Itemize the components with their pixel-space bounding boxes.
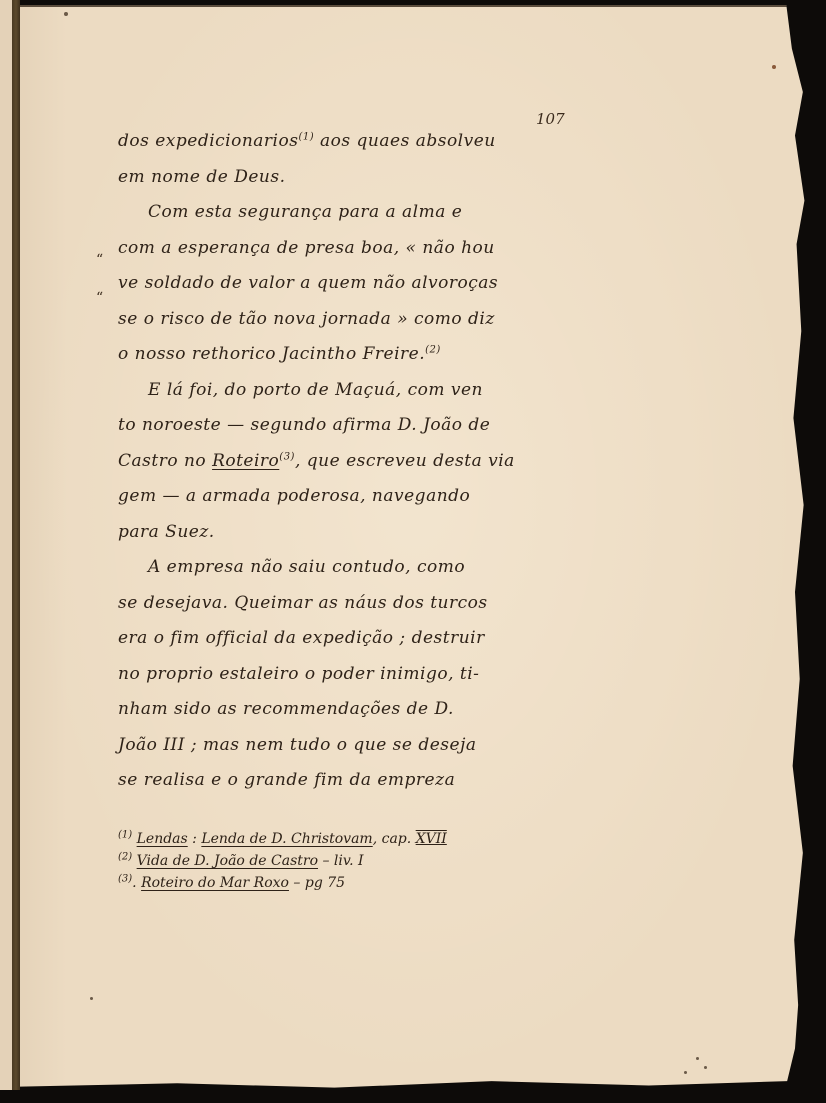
line-text: em nome de Deus. (118, 167, 285, 187)
text-line: em nome de Deus. (118, 160, 568, 196)
line-text: gem — a armada poderosa, navegando (118, 486, 470, 506)
quote-mark: “ (96, 252, 103, 268)
footnote-title: Lenda de D. Christovam (201, 831, 372, 847)
footnote-title: Roteiro do Mar Roxo (141, 875, 289, 891)
footnote-text: , cap. (373, 831, 416, 847)
text-line: E lá foi, do porto de Maçuá, com ven (118, 373, 568, 409)
line-text: dos expedicionarios (118, 131, 298, 151)
footnote-marker: (2) (118, 851, 132, 862)
footnote-text: – liv. I (318, 853, 364, 869)
line-text: nham sido as recommendações de D. (118, 699, 454, 719)
line-text: , que escreveu desta via (295, 451, 515, 471)
manuscript-body: dos expedicionarios(1) aos quaes absolve… (118, 124, 568, 799)
line-text: aos quaes absolveu (314, 131, 496, 151)
footnotes: (1) Lendas : Lenda de D. Christovam, cap… (118, 828, 568, 894)
previous-page-edge (0, 0, 12, 1090)
footnote-chapter: XVII (416, 831, 447, 847)
footnote-ref: (1) (298, 131, 314, 142)
text-line: Castro no Roteiro(3), que escreveu desta… (118, 444, 568, 480)
text-line: para Suez. (118, 515, 568, 551)
footnote-3: (3). Roteiro do Mar Roxo – pg 75 (118, 872, 568, 894)
line-text: ve soldado de valor a quem não alvoroças (118, 273, 498, 293)
paper-speck (90, 997, 93, 1000)
text-line: se o risco de tão nova jornada » como di… (118, 302, 568, 338)
quote-mark: “ (96, 290, 103, 306)
footnote-source: Lendas (137, 831, 188, 847)
text-line: ve soldado de valor a quem não alvoroças (118, 266, 568, 302)
text-line: gem — a armada poderosa, navegando (118, 479, 568, 515)
text-line: era o fim official da expedição ; destru… (118, 621, 568, 657)
scanned-page: 107 “ “ dos expedicionarios(1) aos quaes… (0, 0, 826, 1103)
footnote-text: . (132, 875, 141, 891)
line-text: E lá foi, do porto de Maçuá, com ven (148, 380, 483, 400)
paper-speck (772, 65, 776, 69)
line-text: com a esperança de presa boa, « não hou (118, 238, 495, 258)
text-line: se desejava. Queimar as náus dos turcos (118, 586, 568, 622)
line-text: no proprio estaleiro o poder inimigo, ti… (118, 664, 479, 684)
text-line: nham sido as recommendações de D. (118, 692, 568, 728)
line-text: Castro no (118, 451, 212, 471)
line-text: Com esta segurança para a alma e (148, 202, 462, 222)
text-line: se realisa e o grande fim da empreza (118, 763, 568, 799)
line-text: to noroeste — segundo afirma D. João de (118, 415, 490, 435)
footnote-marker: (3) (118, 873, 132, 884)
text-line: dos expedicionarios(1) aos quaes absolve… (118, 124, 568, 160)
line-text: A empresa não saiu contudo, como (148, 557, 465, 577)
paper-speck (696, 1057, 699, 1060)
book-binding (12, 0, 20, 1090)
footnote-title: Vida de D. João de Castro (137, 853, 318, 869)
footnote-ref: (3) (279, 451, 295, 462)
text-line: Com esta segurança para a alma e (118, 195, 568, 231)
footnote-1: (1) Lendas : Lenda de D. Christovam, cap… (118, 828, 568, 850)
text-line: A empresa não saiu contudo, como (118, 550, 568, 586)
line-text: o nosso rethorico Jacintho Freire. (118, 344, 425, 364)
text-line: no proprio estaleiro o poder inimigo, ti… (118, 657, 568, 693)
footnote-marker: (1) (118, 829, 132, 840)
text-line: com a esperança de presa boa, « não hou (118, 231, 568, 267)
footnote-text: – pg 75 (289, 875, 345, 891)
text-line: to noroeste — segundo afirma D. João de (118, 408, 568, 444)
line-text: era o fim official da expedição ; destru… (118, 628, 485, 648)
line-text: se desejava. Queimar as náus dos turcos (118, 593, 488, 613)
paper-speck (704, 1066, 707, 1069)
paper-speck (684, 1071, 687, 1074)
line-text: João III ; mas nem tudo o que se deseja (118, 735, 476, 755)
footnote-ref: (2) (425, 344, 441, 355)
text-line: João III ; mas nem tudo o que se deseja (118, 728, 568, 764)
footnote-text: : (188, 831, 202, 847)
line-text: se o risco de tão nova jornada » como di… (118, 309, 495, 329)
text-line: o nosso rethorico Jacintho Freire.(2) (118, 337, 568, 373)
footnote-2: (2) Vida de D. João de Castro – liv. I (118, 850, 568, 872)
paper-speck (64, 12, 68, 16)
underlined-title: Roteiro (212, 451, 279, 471)
line-text: para Suez. (118, 522, 215, 542)
line-text: se realisa e o grande fim da empreza (118, 770, 455, 790)
